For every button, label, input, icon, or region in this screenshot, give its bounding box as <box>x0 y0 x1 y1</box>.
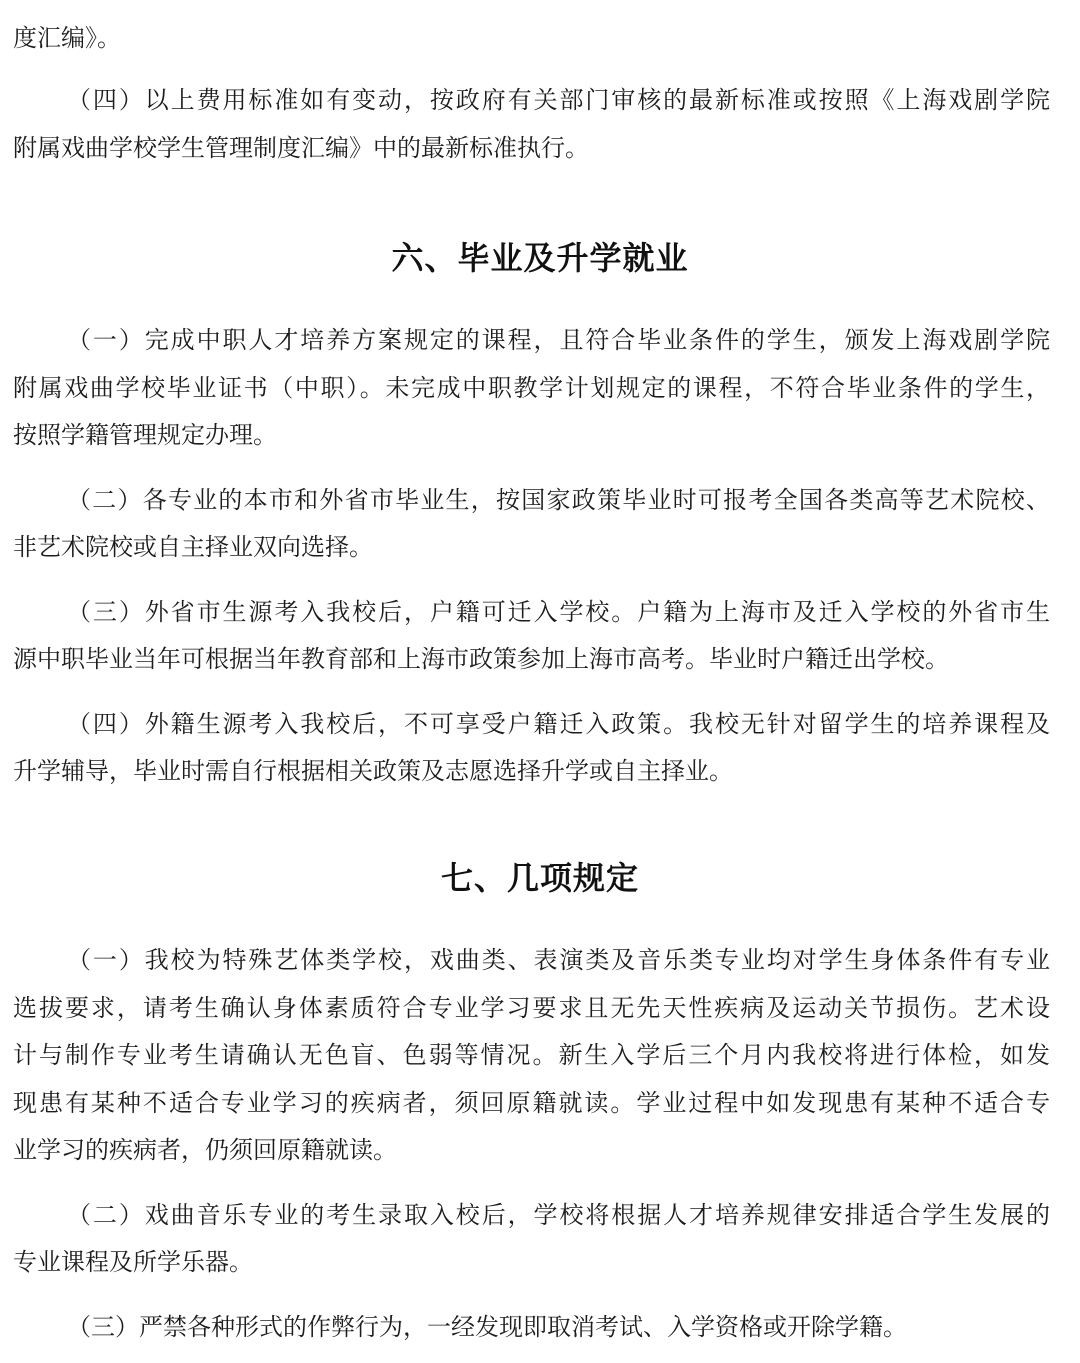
paragraph-line: 非艺术院校或自主择业双向选择。 <box>13 527 373 567</box>
paragraph-line: （一）完成中职人才培养方案规定的课程，且符合毕业条件的学生，颁发上海戏剧学院 <box>67 320 1050 360</box>
paragraph-line: （四）外籍生源考入我校后，不可享受户籍迁入政策。我校无针对留学生的培养课程及 <box>67 704 1050 744</box>
paragraph-line: （三）外省市生源考入我校后，户籍可迁入学校。户籍为上海市及迁入学校的外省市生 <box>67 592 1050 632</box>
paragraph-line: 选拔要求，请考生确认身体素质符合专业学习要求且无先天性疾病及运动关节损伤。艺术设 <box>13 988 1050 1028</box>
paragraph-line: 度汇编》。 <box>13 18 121 58</box>
paragraph-line: 附属戏曲学校毕业证书（中职）。未完成中职教学计划规定的课程，不符合毕业条件的学生… <box>13 368 1050 408</box>
paragraph-line: （二）戏曲音乐专业的考生录取入校后，学校将根据人才培养规律安排适合学生发展的 <box>67 1195 1050 1235</box>
paragraph-line: （三）严禁各种形式的作弊行为，一经发现即取消考试、入学资格或开除学籍。 <box>67 1307 907 1347</box>
paragraph-line: 业学习的疾病者，仍须回原籍就读。 <box>13 1130 397 1170</box>
paragraph-line: （四）以上费用标准如有变动，按政府有关部门审核的最新标准或按照《上海戏剧学院 <box>67 80 1050 120</box>
paragraph-line: 源中职毕业当年可根据当年教育部和上海市政策参加上海市高考。毕业时户籍迁出学校。 <box>13 639 949 679</box>
paragraph-line: （二）各专业的本市和外省市毕业生，按国家政策毕业时可报考全国各类高等艺术院校、 <box>67 480 1050 520</box>
section-heading-regulations: 七、几项规定 <box>13 853 1067 903</box>
paragraph-line: （一）我校为特殊艺体类学校，戏曲类、表演类及音乐类专业均对学生身体条件有专业 <box>67 940 1050 980</box>
section-heading-graduation: 六、毕业及升学就业 <box>13 233 1067 283</box>
paragraph-line: 现患有某种不适合专业学习的疾病者，须回原籍就读。学业过程中如发现患有某种不适合专 <box>13 1083 1050 1123</box>
paragraph-line: 计与制作专业考生请确认无色盲、色弱等情况。新生入学后三个月内我校将进行体检，如发 <box>13 1035 1050 1075</box>
paragraph-line: 按照学籍管理规定办理。 <box>13 415 277 455</box>
paragraph-line: 附属戏曲学校学生管理制度汇编》中的最新标准执行。 <box>13 128 589 168</box>
paragraph-line: 升学辅导，毕业时需自行根据相关政策及志愿选择升学或自主择业。 <box>13 751 733 791</box>
paragraph-line: 专业课程及所学乐器。 <box>13 1242 253 1282</box>
